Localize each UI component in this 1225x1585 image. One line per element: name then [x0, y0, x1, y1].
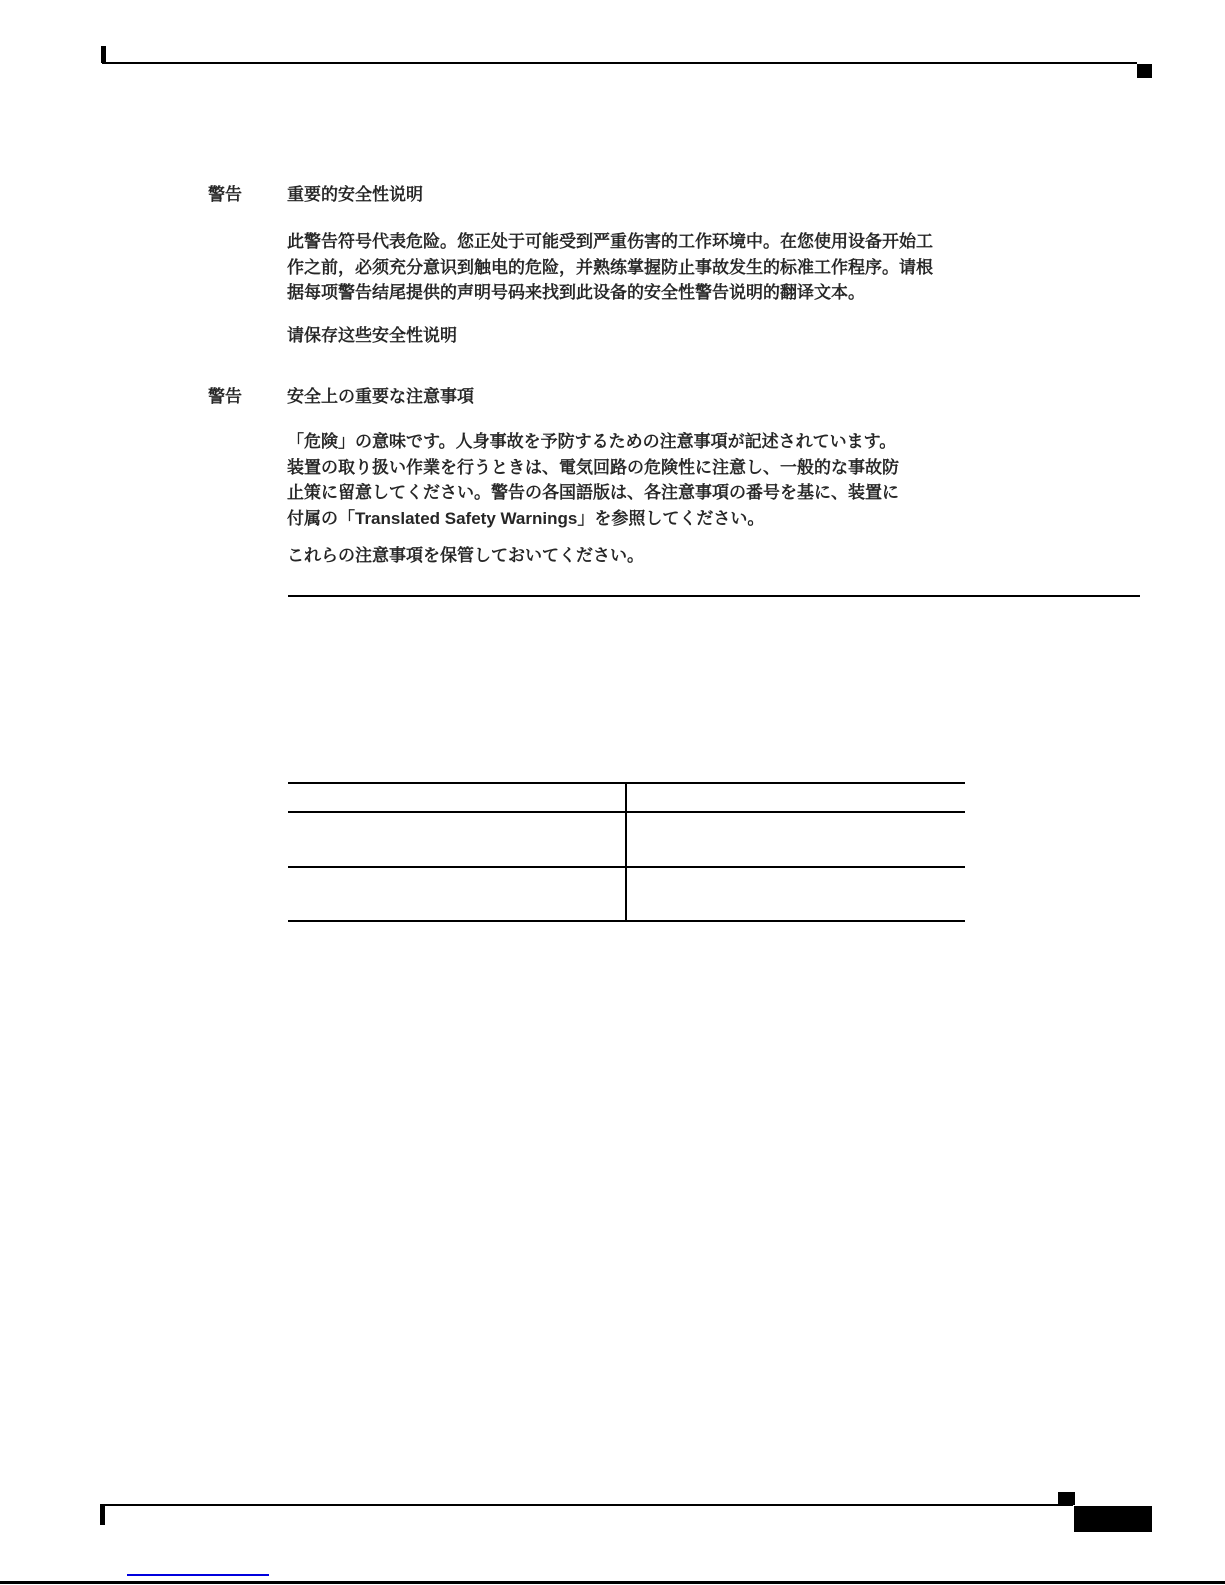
- table-cell: [288, 867, 626, 921]
- table-cell: [288, 812, 626, 867]
- header-corner-mark: [1137, 64, 1152, 78]
- warning-2-title: 安全上の重要な注意事項: [287, 387, 474, 407]
- warning-2-body: 「危険」の意味です。人身事故を予防するための注意事項が記述されています。 装置の…: [287, 429, 967, 531]
- table-row: [288, 783, 965, 812]
- table-cell: [288, 783, 626, 812]
- warning-1-body: 此警告符号代表危险。您正处于可能受到严重伤害的工作环境中。在您使用设备开始工 作…: [287, 229, 967, 306]
- table-cell: [626, 867, 965, 921]
- header-rule: [102, 62, 1137, 64]
- footer-rule: [100, 1504, 1073, 1506]
- header-left-tick: [101, 46, 106, 63]
- warning-2-label: 警告: [208, 387, 242, 407]
- table-row: [288, 812, 965, 867]
- table-cell: [626, 812, 965, 867]
- section-divider-rule: [288, 595, 1140, 597]
- footer-link[interactable]: [127, 1574, 269, 1576]
- footer-page-number-block: [1074, 1506, 1152, 1532]
- table-row: [288, 867, 965, 921]
- empty-table: [288, 782, 965, 922]
- warning-1-save-note: 请保存这些安全性说明: [287, 326, 457, 346]
- warning-2-save-note: これらの注意事項を保管しておいてください。: [287, 546, 644, 566]
- warning-1-label: 警告: [208, 185, 242, 205]
- window-bottom-edge: [0, 1581, 1225, 1584]
- document-page: { "warnings": [ { "label": "警告", "title"…: [0, 0, 1225, 1585]
- table-cell: [626, 783, 965, 812]
- warning-1-title: 重要的安全性说明: [287, 185, 423, 205]
- footer-left-tick: [100, 1505, 105, 1525]
